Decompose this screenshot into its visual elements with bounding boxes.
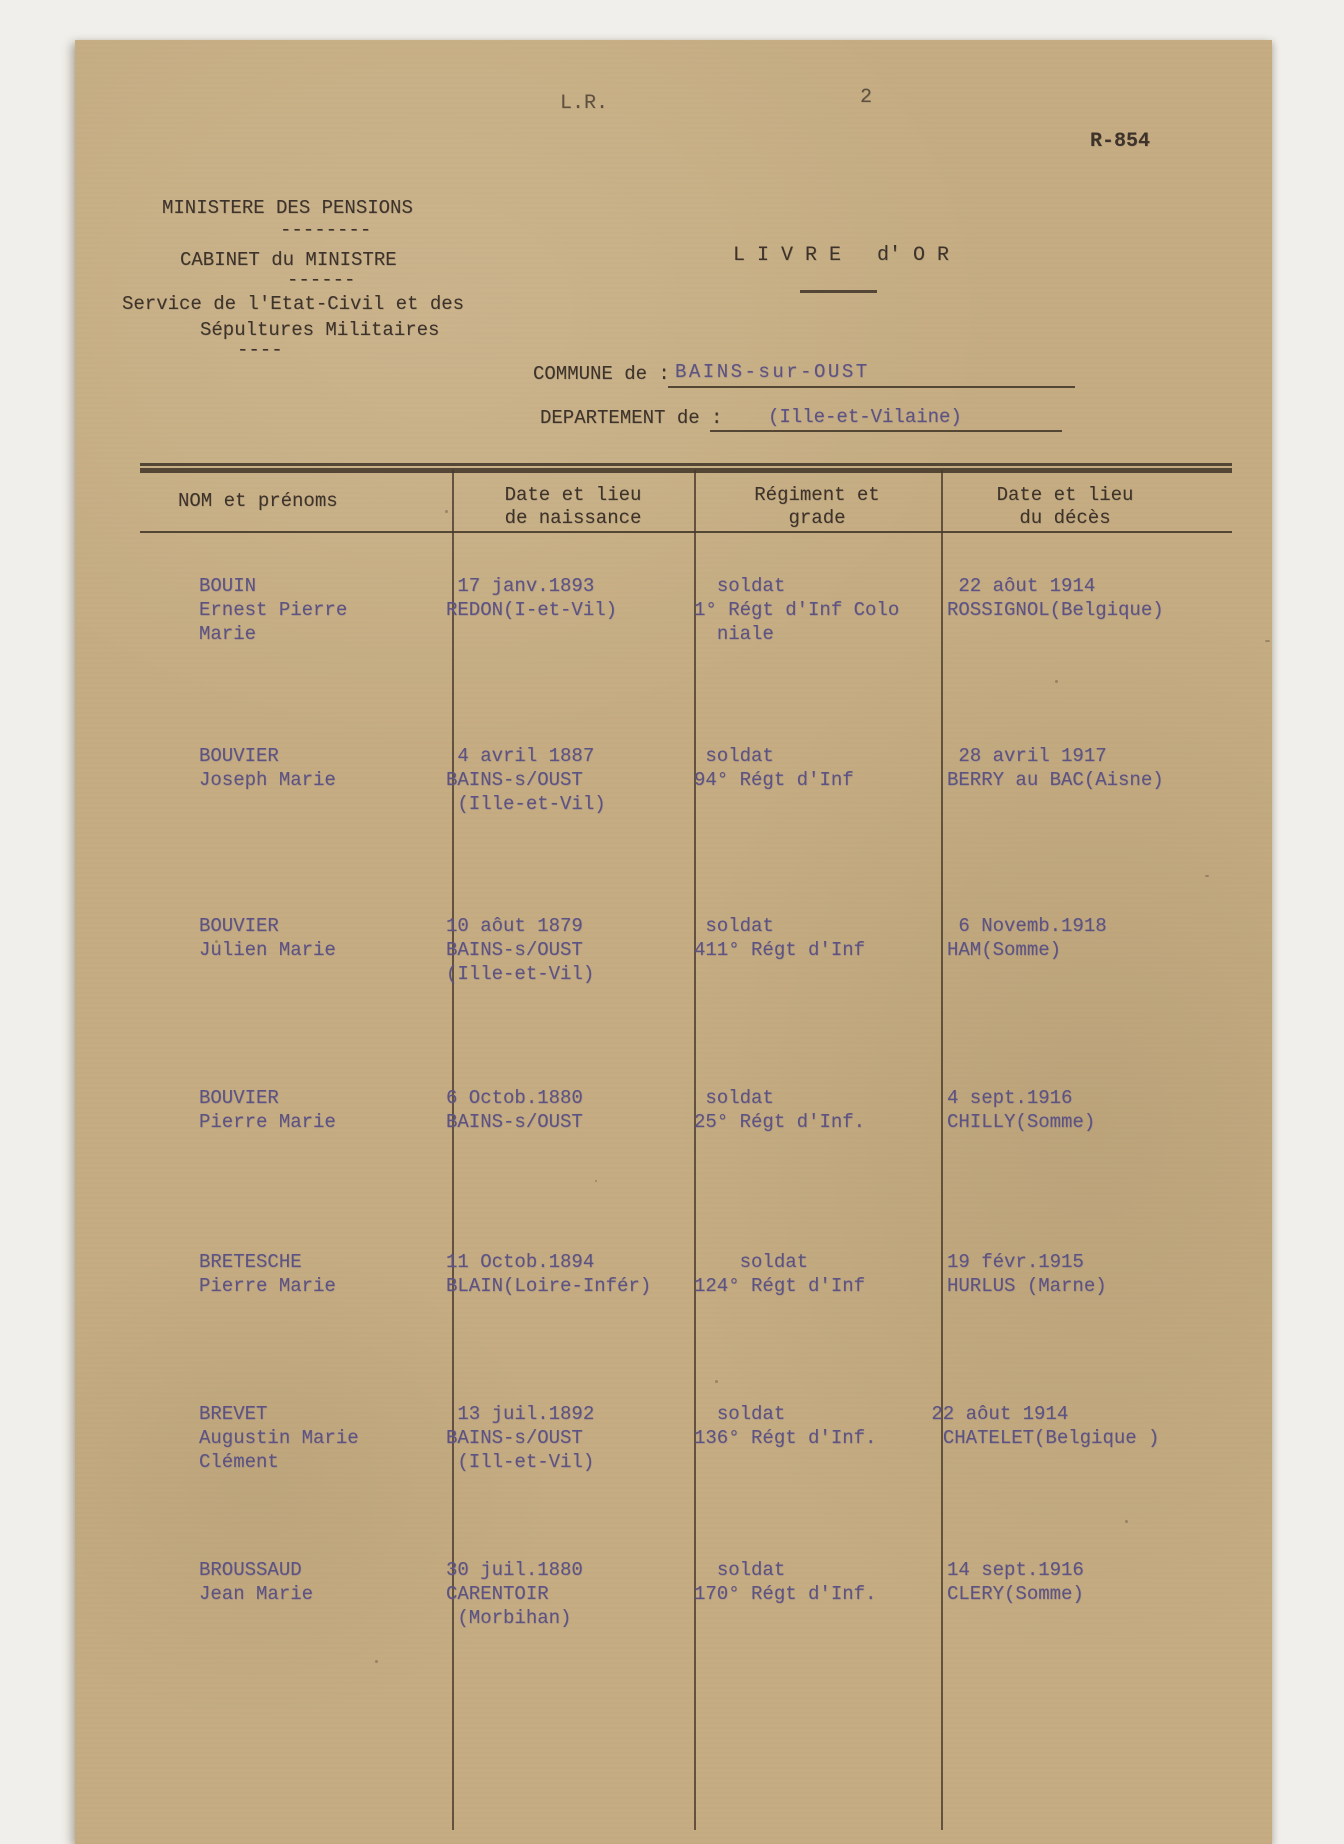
service-line-1: Service de l'Etat-Civil et des <box>122 292 464 316</box>
cell-regiment: soldat 25° Régt d'Inf. <box>694 1086 954 1134</box>
column-header-regiment: Régiment et grade <box>727 484 907 530</box>
cell-death: 14 sept.1916 CLERY(Somme) <box>947 1558 1277 1606</box>
document-page: L.R. 2 R-854 MINISTERE DES PENSIONS ----… <box>75 40 1272 1844</box>
cell-birth: 30 juil.1880 CARENTOIR (Morbihan) <box>446 1558 686 1630</box>
cell-birth: 4 avril 1887 BAINS-s/OUST (Ille-et-Vil) <box>446 744 686 816</box>
table-row: BOUVIER Julien Marie 10 aôut 1879 BAINS-… <box>75 914 1272 1064</box>
cell-birth: 10 aôut 1879 BAINS-s/OUST (Ille-et-Vil) <box>446 914 686 986</box>
cell-name: BOUIN Ernest Pierre Marie <box>199 574 449 646</box>
commune-label: COMMUNE de : <box>533 362 670 386</box>
reference-number: R-854 <box>1090 130 1150 154</box>
cell-name: BOUVIER Julien Marie <box>199 914 449 962</box>
column-header-birth: Date et lieu de naissance <box>483 484 663 530</box>
cell-regiment: soldat 124° Régt d'Inf <box>694 1250 954 1298</box>
column-header-name: NOM et prénoms <box>178 490 428 513</box>
letterhead-separator: ------ <box>287 268 355 292</box>
cell-birth: 17 janv.1893 REDON(I-et-Vil) <box>446 574 686 622</box>
header-rule-top-thick <box>140 468 1232 473</box>
table-row: BROUSSAUD Jean Marie 30 juil.1880 CARENT… <box>75 1558 1272 1708</box>
cell-death: 6 Novemb.1918 HAM(Somme) <box>947 914 1277 962</box>
cell-birth: 11 Octob.1894 BLAIN(Loire-Infér) <box>446 1250 686 1298</box>
departement-underline <box>710 430 1062 432</box>
cell-regiment: soldat 411° Régt d'Inf <box>694 914 954 962</box>
document-title: L I V R E d' O R <box>733 244 949 268</box>
cell-death: 22 aôut 1914 ROSSIGNOL(Belgique) <box>947 574 1277 622</box>
cell-name: BROUSSAUD Jean Marie <box>199 1558 449 1606</box>
title-underline <box>800 290 877 293</box>
cell-regiment: soldat 94° Régt d'Inf <box>694 744 954 792</box>
cell-name: BOUVIER Pierre Marie <box>199 1086 449 1134</box>
cell-regiment: soldat 136° Régt d'Inf. <box>694 1402 954 1450</box>
cell-birth: 6 Octob.1880 BAINS-s/OUST <box>446 1086 686 1134</box>
commune-value: BAINS-sur-OUST <box>675 360 870 384</box>
letterhead-separator: -------- <box>280 218 371 242</box>
table-row: BOUVIER Joseph Marie 4 avril 1887 BAINS-… <box>75 744 1272 894</box>
cell-name: BRETESCHE Pierre Marie <box>199 1250 449 1298</box>
letterhead-separator: ---- <box>237 338 283 362</box>
table-row: BOUIN Ernest Pierre Marie 17 janv.1893 R… <box>75 574 1272 724</box>
table-row: BOUVIER Pierre Marie 6 Octob.1880 BAINS-… <box>75 1086 1272 1236</box>
departement-label: DEPARTEMENT de : <box>540 406 722 430</box>
header-rule-bottom <box>140 531 1232 533</box>
ministry-line: MINISTERE DES PENSIONS <box>162 196 413 220</box>
column-header-death: Date et lieu du décès <box>975 484 1155 530</box>
classification-mark: L.R. <box>560 92 608 116</box>
cell-birth: 13 juil.1892 BAINS-s/OUST (Ill-et-Vil) <box>446 1402 686 1474</box>
commune-underline <box>668 386 1075 388</box>
header-rule-top-thin <box>140 463 1232 466</box>
cell-death: 4 sept.1916 CHILLY(Somme) <box>947 1086 1277 1134</box>
cell-death: 19 févr.1915 HURLUS (Marne) <box>947 1250 1277 1298</box>
cell-death: 28 avril 1917 BERRY au BAC(Aisne) <box>947 744 1277 792</box>
cell-name: BOUVIER Joseph Marie <box>199 744 449 792</box>
service-line-2: Sépultures Militaires <box>200 318 439 342</box>
departement-value: (Ille-et-Vilaine) <box>768 405 962 429</box>
cell-death: 22 aôut 1914 CHATELET(Belgique ) <box>920 1402 1250 1450</box>
cell-regiment: soldat 1° Régt d'Inf Colo niale <box>694 574 954 646</box>
table-row: BREVET Augustin Marie Clément 13 juil.18… <box>75 1402 1272 1552</box>
cell-regiment: soldat 170° Régt d'Inf. <box>694 1558 954 1606</box>
cell-name: BREVET Augustin Marie Clément <box>199 1402 449 1474</box>
table-row: BRETESCHE Pierre Marie 11 Octob.1894 BLA… <box>75 1250 1272 1400</box>
page-number: 2 <box>860 86 872 110</box>
